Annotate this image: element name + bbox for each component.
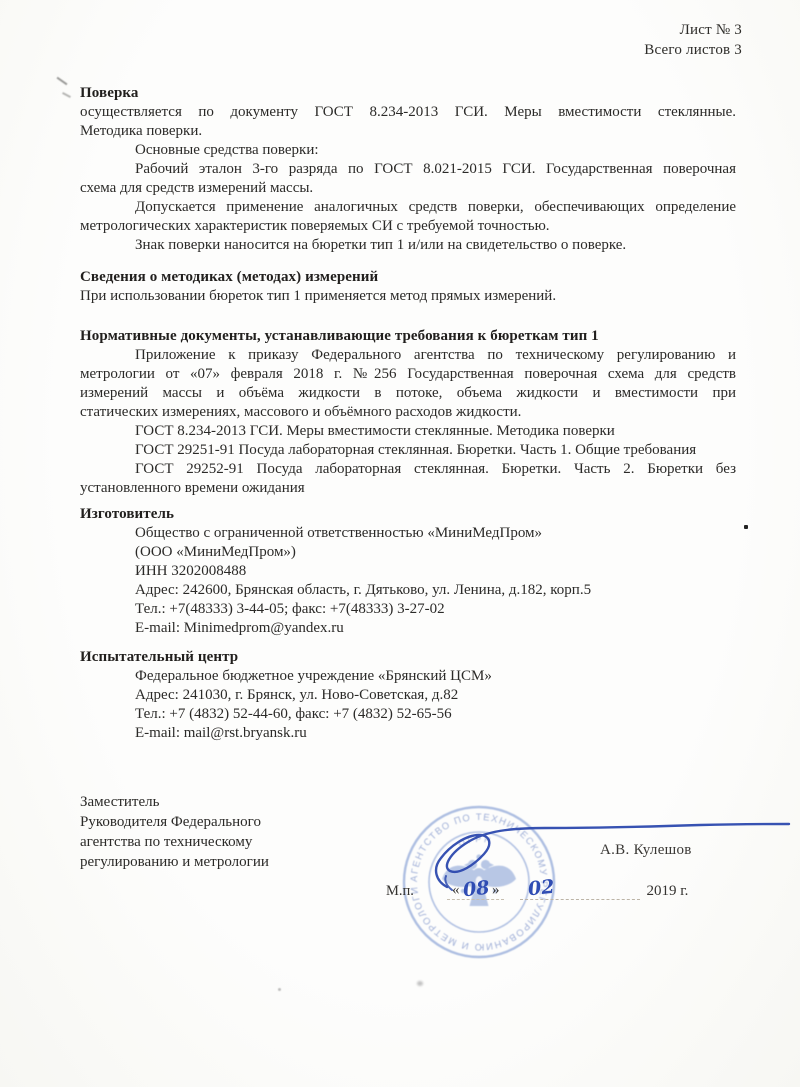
date-month-slot: 02 xyxy=(520,878,640,900)
text-line: (ООО «МиниМедПром») xyxy=(80,543,736,562)
text-line: ГОСТ 8.234-2013 ГСИ. Меры вместимости ст… xyxy=(80,422,736,441)
text-line: Основные средства поверки: xyxy=(80,141,736,160)
sheet-total: Всего листов 3 xyxy=(644,40,742,60)
text-line: Тел.: +7 (4832) 52-44-60, факс: +7 (4832… xyxy=(80,705,736,724)
sheet-header: Лист № 3 Всего листов 3 xyxy=(644,20,742,60)
signatory-role-line: Заместитель xyxy=(80,792,269,812)
close-quote: » xyxy=(489,882,503,899)
scan-artifact xyxy=(57,77,68,86)
signatory-role-line: регулированию и метрологии xyxy=(80,852,269,872)
text-line: установленного времени ожидания xyxy=(80,479,736,498)
scan-artifact xyxy=(62,92,71,98)
text-line: При использовании бюреток тип 1 применяе… xyxy=(80,287,736,306)
text-line: Знак поверки наносится на бюретки тип 1 … xyxy=(80,236,736,255)
text-line: Адрес: 241030, г. Брянск, ул. Ново-Совет… xyxy=(80,686,736,705)
svg-text:ОГРН: ОГРН xyxy=(457,834,494,849)
document-body: Поверкаосуществляется по документу ГОСТ … xyxy=(80,84,736,743)
date-year: 2019 г. xyxy=(646,883,688,900)
text-line: Тел.: +7(48333) 3-44-05; факс: +7(48333)… xyxy=(80,600,736,619)
text-line: осуществляется по документу ГОСТ 8.234-2… xyxy=(80,103,736,122)
section-heading: Испытательный центр xyxy=(80,648,736,667)
section-heading: Нормативные документы, устанавливающие т… xyxy=(80,327,736,346)
section-heading: Сведения о методиках (методах) измерений xyxy=(80,268,736,287)
text-line: метрологии от «07» февраля 2018 г. №256 … xyxy=(80,365,736,384)
signatory-name: А.В. Кулешов xyxy=(600,842,692,859)
text-line: ГОСТ 29252-91 Посуда лабораторная стекля… xyxy=(80,460,736,479)
text-line: ИНН 3202008488 xyxy=(80,562,736,581)
scan-artifact xyxy=(744,525,748,529)
text-line: схема для средств измерений массы. xyxy=(80,179,736,198)
text-line: Методика поверки. xyxy=(80,122,736,141)
signatory-role-line: агентства по техническому xyxy=(80,832,269,852)
text-line: E-mail: Minimedprom@yandex.ru xyxy=(80,619,736,638)
text-line: Федеральное бюджетное учреждение «Брянск… xyxy=(80,667,736,686)
text-line: Адрес: 242600, Брянская область, г. Дять… xyxy=(80,581,736,600)
handwritten-month: 02 xyxy=(527,877,555,900)
signature-area: АГЕНТСТВО ПО ТЕХНИЧЕСКОМУ РЕГУЛИРОВАНИЮ … xyxy=(0,780,800,1087)
seal-inner-text: ОГРН xyxy=(457,834,494,849)
text-line: Допускается применение аналогичных средс… xyxy=(80,198,736,217)
text-line: Рабочий эталон 3-го разряда по ГОСТ 8.02… xyxy=(80,160,736,179)
text-line: Общество с ограниченной ответственностью… xyxy=(80,524,736,543)
open-quote: « xyxy=(449,882,463,899)
text-line: Приложение к приказу Федерального агентс… xyxy=(80,346,736,365)
section-heading: Поверка xyxy=(80,84,736,103)
text-line: ГОСТ 29251-91 Посуда лабораторная стекля… xyxy=(80,441,736,460)
signatory-role: ЗаместительРуководителя Федеральногоаген… xyxy=(80,792,269,872)
signatory-role-line: Руководителя Федерального xyxy=(80,812,269,832)
text-line: измерений массы и объёма жидкости в пото… xyxy=(80,384,736,403)
sheet-number: Лист № 3 xyxy=(644,20,742,40)
text-line: метрологических характеристик поверяемых… xyxy=(80,217,736,236)
text-line: статических измерениях, массового и объё… xyxy=(80,403,736,422)
handwritten-day: 08 xyxy=(462,878,490,901)
seal-place-label: М.п. xyxy=(386,883,414,900)
section-heading: Изготовитель xyxy=(80,505,736,524)
date-day-slot: «08» xyxy=(447,879,504,900)
text-line: E-mail: mail@rst.bryansk.ru xyxy=(80,724,736,743)
date-line: «08»022019 г. xyxy=(447,874,688,900)
document-page: Лист № 3 Всего листов 3 Поверкаосуществл… xyxy=(0,0,800,1087)
